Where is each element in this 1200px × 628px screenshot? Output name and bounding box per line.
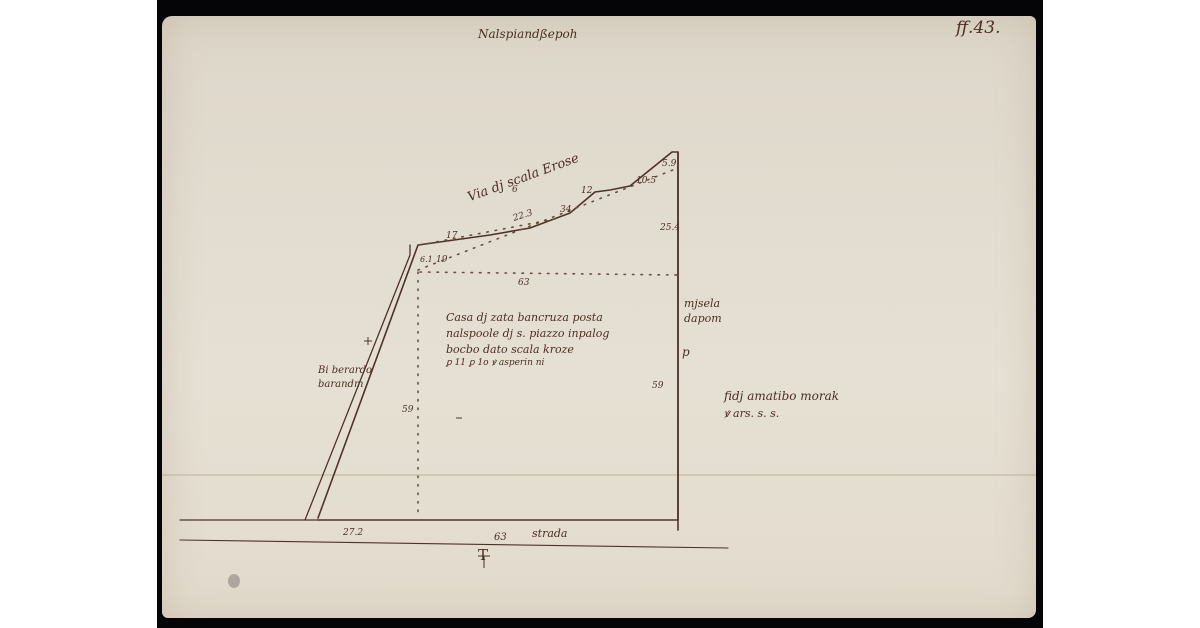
right-note-line: ꝟ ars. s. s. xyxy=(724,408,839,419)
description-line: nalspoole dj s. piazzo inpalog xyxy=(446,328,609,339)
folio-number: ff.43. xyxy=(956,20,1000,37)
measure-small-label: 6 xyxy=(512,186,518,195)
right-note: fidj amatibo morak ꝟ ars. s. s. xyxy=(724,390,839,419)
document-title: Nalspiandßepoh xyxy=(478,28,578,40)
description-line: Casa dj zata bancruza posta xyxy=(446,312,609,323)
measure-top-segment-1: 17 xyxy=(446,232,457,241)
left-neighbour-label: Bi berardo barandm xyxy=(318,366,372,390)
measure-bottom-width: 63 xyxy=(494,533,507,543)
ink-blot xyxy=(228,574,240,588)
measure-top-segment-3: 12 xyxy=(581,187,592,196)
parcel-description: Casa dj zata bancruza posta nalspoole dj… xyxy=(446,312,609,368)
left-neighbour-line: Bi berardo xyxy=(318,366,372,376)
east-marker: p xyxy=(682,346,690,358)
right-neighbour-line: mjsela xyxy=(684,298,722,309)
right-note-line: fidj amatibo morak xyxy=(724,390,839,402)
left-neighbour-line: barandm xyxy=(318,380,372,390)
measure-inner-width: 63 xyxy=(518,279,529,288)
measure-top-segment-4: 10.5 xyxy=(636,177,656,186)
measure-left-height: 59 xyxy=(402,406,413,415)
measure-right-height: 59 xyxy=(652,382,663,391)
right-neighbour-line: dapom xyxy=(684,313,722,324)
measure-diagonal: 34 xyxy=(560,206,571,215)
south-marker: T xyxy=(478,548,488,563)
measure-inner-diag: 19 xyxy=(436,256,447,265)
right-neighbour-label: mjsela dapom xyxy=(684,298,722,324)
street-bottom-label: strada xyxy=(532,528,567,539)
measure-top-right-corner: 5.9 xyxy=(662,160,676,169)
measure-right-edge: 25.4 xyxy=(660,224,680,233)
street-lower-line xyxy=(180,540,728,548)
measure-left-short-edge: 6.1 xyxy=(420,256,433,264)
description-line: ꝑ 11 ꝑ 1o ꝟ asperin ni xyxy=(446,359,609,368)
inner-horizontal-dotted xyxy=(420,272,678,275)
measure-bottom-left: 27.2 xyxy=(343,529,363,538)
description-line: bocbo dato scala kroze xyxy=(446,344,609,355)
